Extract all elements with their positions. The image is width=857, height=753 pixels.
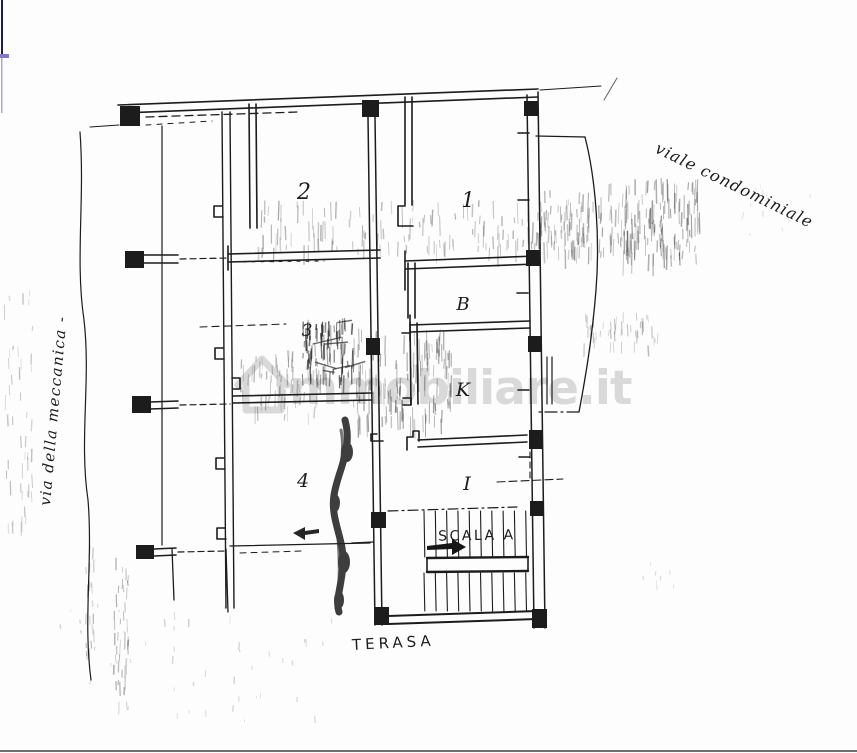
edge-navy-line (1, 0, 3, 58)
stairs-label: SCALA A (438, 527, 516, 544)
floorplan-scan: mmobiliare.it (0, 0, 857, 753)
room-label-2: 2 (296, 180, 311, 205)
scanned-floorplan-page: mmobiliare.it (0, 0, 857, 753)
room-label-b: B (455, 294, 469, 315)
room-label-4: 4 (296, 470, 309, 492)
edge-faint-line (1, 58, 3, 113)
room-label-1: 1 (461, 188, 474, 212)
edge-purple-dash (0, 54, 9, 58)
room-label-k: K (455, 379, 472, 401)
bottom-scan-line (0, 750, 857, 752)
room-label-i: I (462, 473, 471, 495)
